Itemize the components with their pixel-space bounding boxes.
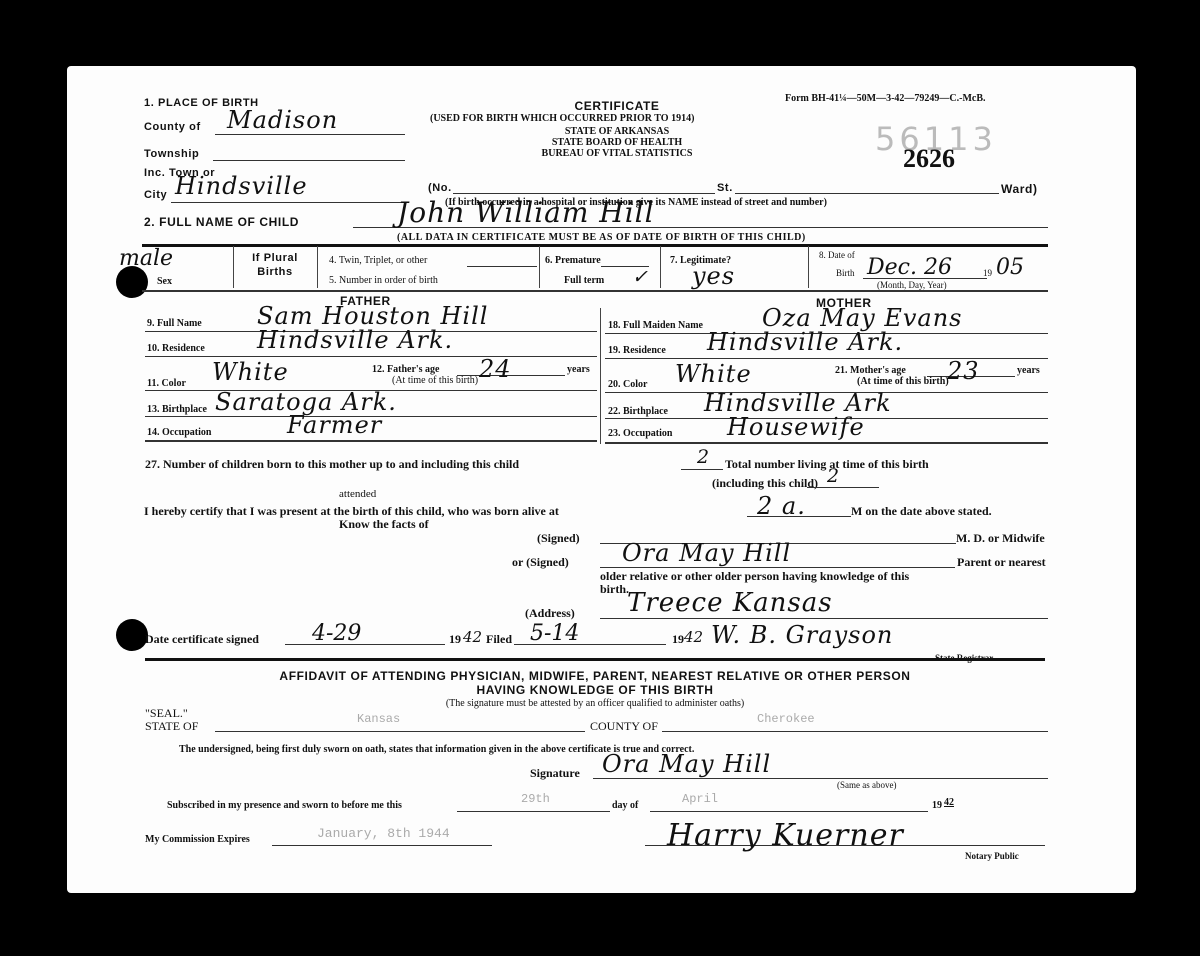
date-signed-label: Date certificate signed — [145, 632, 259, 647]
stamp-number: 2626 — [903, 144, 955, 174]
certificate-title: CERTIFICATE — [467, 99, 767, 113]
full-term-value: ✓ — [632, 266, 648, 288]
parent-label-2: older relative or other older person hav… — [600, 569, 909, 584]
mother-birthplace-label: 22. Birthplace — [608, 406, 668, 417]
affidavit-note: (The signature must be attested by an of… — [145, 698, 1045, 709]
attended-option: attended — [339, 488, 376, 500]
father-name-label: 9. Full Name — [147, 318, 202, 329]
father-age-label: 12. Father's age — [372, 364, 440, 375]
father-age-unit: years — [567, 364, 590, 375]
twin-label: 4. Twin, Triplet, or other — [329, 255, 427, 266]
address-label: (Address) — [525, 606, 575, 621]
father-residence-value: Hindsville Ark. — [257, 326, 453, 354]
mother-age-label: 21. Mother's age — [835, 365, 906, 376]
children-count-value: 2 — [697, 446, 709, 468]
father-age-note: (At time of this birth) — [392, 375, 478, 386]
dob-value: Dec. 26 — [867, 255, 952, 280]
city-value: Hindsville — [175, 172, 308, 200]
notary-signature: Harry Kuerner — [667, 818, 904, 853]
father-age-value: 24 — [479, 355, 512, 383]
affidavit-heading-2: HAVING KNOWLEDGE OF THIS BIRTH — [145, 683, 1045, 697]
signed-md-label: (Signed) — [537, 531, 580, 546]
child-name-value: John William Hill — [397, 196, 655, 229]
commission-label: My Commission Expires — [145, 834, 250, 845]
full-term-label: Full term — [564, 275, 604, 286]
affidavit-signature: Ora May Hill — [602, 750, 771, 778]
sex-value: male — [119, 246, 173, 271]
father-occupation-value: Farmer — [287, 411, 382, 439]
mother-age-unit: years — [1017, 365, 1040, 376]
address-value: Treece Kansas — [627, 588, 833, 618]
city-label: City — [144, 189, 167, 201]
subscribed-year-prefix: 19 — [932, 800, 942, 811]
mother-color-label: 20. Color — [608, 379, 647, 390]
birth-certificate-document: Form BH-41¼—50M—3-42—79249—C.-McB. CERTI… — [67, 66, 1136, 893]
mother-residence-value: Hindsville Ark. — [707, 328, 903, 356]
premature-label: 6. Premature — [545, 255, 601, 266]
mother-occupation-label: 23. Occupation — [608, 428, 672, 439]
legitimate-value: yes — [692, 262, 735, 290]
county-value: Madison — [227, 106, 338, 134]
sex-label: Sex — [157, 276, 172, 287]
subscribed-month-value: April — [682, 792, 718, 806]
affidavit-heading-1: AFFIDAVIT OF ATTENDING PHYSICIAN, MIDWIF… — [145, 669, 1045, 683]
mother-age-value: 23 — [947, 357, 980, 385]
or-signed-label: or (Signed) — [512, 555, 569, 570]
living-count-value: 2 — [827, 465, 839, 487]
father-color-label: 11. Color — [147, 378, 186, 389]
signature-label: Signature — [530, 766, 580, 781]
affidavit-state-value: Kansas — [357, 712, 400, 726]
father-birthplace-label: 13. Birthplace — [147, 404, 207, 415]
certificate-subtitle: (USED FOR BIRTH WHICH OCCURRED PRIOR TO … — [430, 113, 694, 124]
registrar-signature: W. B. Grayson — [711, 621, 893, 649]
filed-date-value: 5-14 — [530, 621, 579, 646]
data-note: (ALL DATA IN CERTIFICATE MUST BE AS OF D… — [397, 232, 806, 243]
mother-occupation-value: Housewife — [727, 413, 865, 441]
parent-label-3: birth. — [600, 582, 629, 597]
signed-year-value: 42 — [463, 628, 482, 646]
commission-value: January, 8th 1944 — [317, 826, 450, 841]
parent-label: Parent or nearest — [957, 555, 1046, 570]
board-name: STATE BOARD OF HEALTH — [467, 137, 767, 148]
child-name-label: 2. FULL NAME OF CHILD — [144, 215, 299, 229]
county-label: County of — [144, 121, 201, 133]
mother-name-label: 18. Full Maiden Name — [608, 320, 703, 331]
birth-time-value: 2 a. — [757, 492, 806, 520]
same-as-above-note: (Same as above) — [837, 780, 896, 790]
dob-note: (Month, Day, Year) — [877, 280, 947, 290]
parent-signature: Ora May Hill — [622, 539, 791, 567]
subscribed-day-value: 29th — [521, 792, 550, 806]
county-of-label: COUNTY OF — [590, 719, 658, 734]
dob-year: 05 — [996, 255, 1024, 280]
dob-label-2: Birth — [836, 268, 855, 278]
filed-year-prefix: 19 — [672, 632, 684, 647]
plural-births-label-1: If Plural — [233, 252, 317, 264]
state-name: STATE OF ARKANSAS — [467, 126, 767, 137]
certify-text-end: M on the date above stated. — [851, 504, 992, 519]
township-label: Township — [144, 148, 199, 160]
bureau-name: BUREAU OF VITAL STATISTICS — [467, 148, 767, 159]
dob-label-1: 8. Date of — [819, 250, 855, 260]
day-of-label: day of — [612, 800, 638, 811]
dob-year-prefix: 19 — [983, 268, 992, 278]
mother-age-note: (At time of this birth) — [857, 376, 949, 387]
plural-births-label-2: Births — [233, 266, 317, 278]
filed-label: Filed — [486, 632, 512, 647]
form-number: Form BH-41¼—50M—3-42—79249—C.-McB. — [785, 93, 986, 104]
father-occupation-label: 14. Occupation — [147, 427, 211, 438]
ward-label: Ward) — [1001, 182, 1038, 196]
notary-label: Notary Public — [965, 851, 1019, 861]
mother-residence-label: 19. Residence — [608, 345, 666, 356]
state-of-label: STATE OF — [145, 719, 198, 734]
mother-color-value: White — [675, 360, 752, 388]
street-label: St. — [717, 182, 733, 194]
subscribed-year-value: 42 — [944, 797, 954, 808]
father-residence-label: 10. Residence — [147, 343, 205, 354]
street-no-label: (No. — [428, 182, 452, 194]
subscribed-label: Subscribed in my presence and sworn to b… — [167, 800, 402, 811]
date-signed-value: 4-29 — [312, 621, 361, 646]
affidavit-county-value: Cherokee — [757, 712, 815, 726]
father-color-value: White — [212, 358, 289, 386]
children-count-label: 27. Number of children born to this moth… — [145, 457, 519, 472]
birth-order-label: 5. Number in order of birth — [329, 275, 438, 286]
filed-year-value: 42 — [684, 628, 703, 646]
signed-year-prefix: 19 — [449, 632, 461, 647]
living-count-label-2: (including this child) — [712, 476, 818, 491]
know-facts-option: Know the facts of — [339, 517, 429, 532]
punch-hole — [116, 619, 148, 651]
md-midwife-label: M. D. or Midwife — [956, 531, 1045, 546]
